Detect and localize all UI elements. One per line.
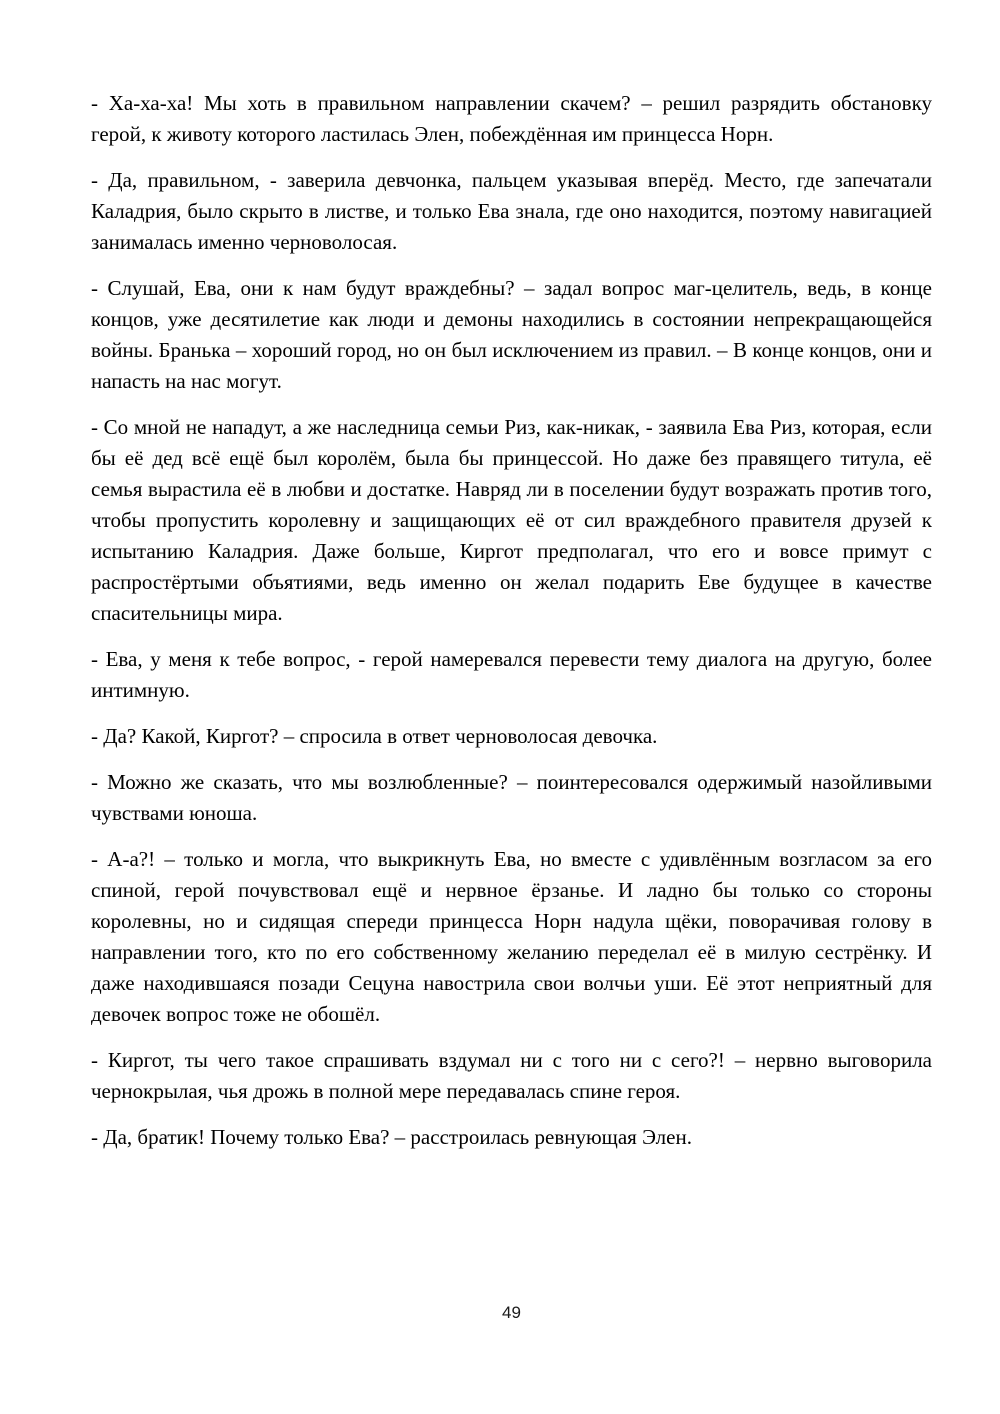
page-number: 49 xyxy=(91,1303,932,1323)
paragraph: - А-а?! – только и могла, что выкрикнуть… xyxy=(91,844,932,1030)
document-page: - Ха-ха-ха! Мы хоть в правильном направл… xyxy=(0,0,1000,1414)
paragraph: - Киргот, ты чего такое спрашивать вздум… xyxy=(91,1045,932,1107)
paragraph: - Со мной не нападут, а же наследница се… xyxy=(91,412,932,629)
paragraph: - Ха-ха-ха! Мы хоть в правильном направл… xyxy=(91,88,932,150)
paragraph: - Да, братик! Почему только Ева? – расст… xyxy=(91,1122,932,1153)
paragraph: - Да, правильном, - заверила девчонка, п… xyxy=(91,165,932,258)
paragraph: - Слушай, Ева, они к нам будут враждебны… xyxy=(91,273,932,397)
paragraph: - Да? Какой, Киргот? – спросила в ответ … xyxy=(91,721,932,752)
paragraph: - Ева, у меня к тебе вопрос, - герой нам… xyxy=(91,644,932,706)
paragraph: - Можно же сказать, что мы возлюбленные?… xyxy=(91,767,932,829)
text-block: - Ха-ха-ха! Мы хоть в правильном направл… xyxy=(91,88,932,1168)
